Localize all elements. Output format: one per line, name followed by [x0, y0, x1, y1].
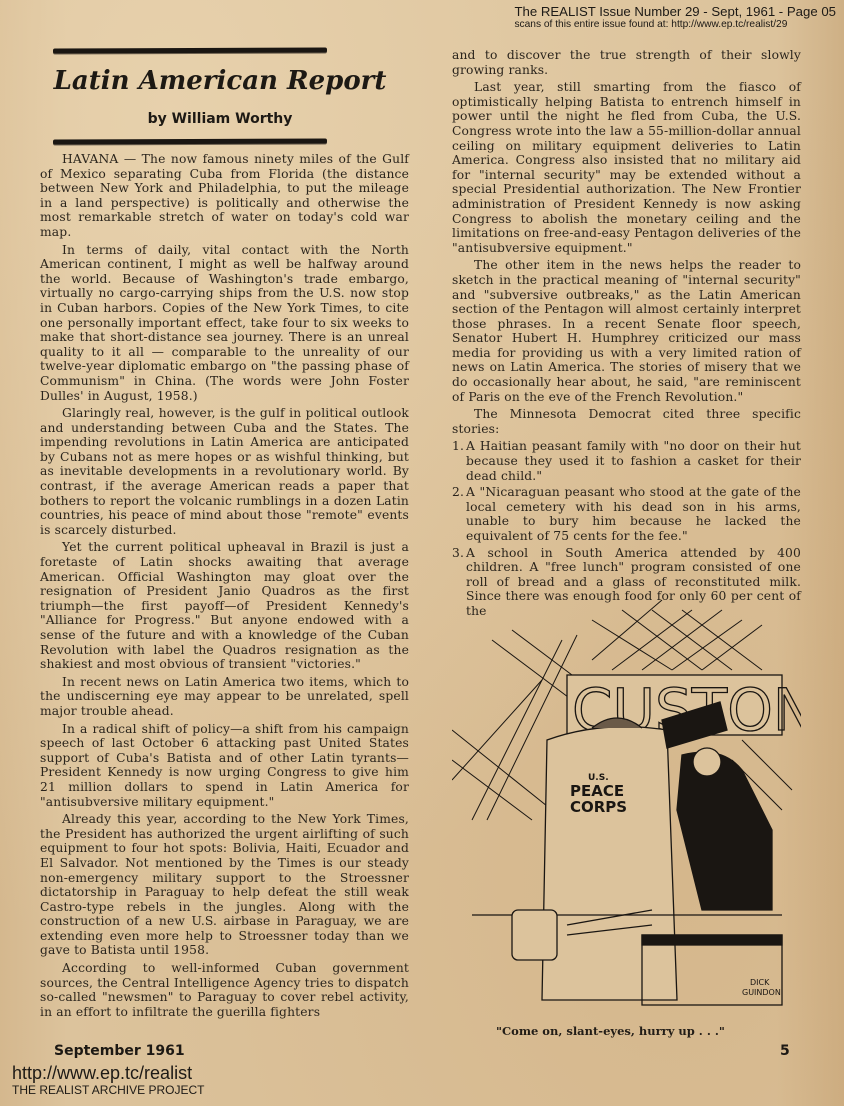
paragraph: HAVANA — The now famous ninety miles of …: [40, 152, 409, 240]
paragraph: The Minnesota Democrat cited three speci…: [452, 407, 801, 436]
paragraph: The other item in the news helps the rea…: [452, 258, 801, 404]
paragraph: Glaringly real, however, is the gulf in …: [40, 406, 409, 537]
cartoon-drawing: CUSTON U.S. PEACE CORPS DICK GUINDON: [452, 580, 801, 1020]
archive-footer-watermark: http://www.ep.tc/realist THE REALIST ARC…: [12, 1063, 205, 1097]
paragraph: Yet the current political upheaval in Br…: [40, 540, 409, 671]
archive-header-watermark: The REALIST Issue Number 29 - Sept, 1961…: [514, 4, 836, 31]
article-byline: by William Worthy: [40, 111, 400, 127]
article-column-left: HAVANA — The now famous ninety miles of …: [40, 152, 409, 1022]
cartoon-caption: "Come on, slant-eyes, hurry up . . .": [496, 1024, 796, 1038]
archive-project-name: THE REALIST ARCHIVE PROJECT: [12, 1083, 205, 1097]
archive-url[interactable]: http://www.ep.tc/realist: [12, 1063, 205, 1083]
paragraph: In recent news on Latin America two item…: [40, 675, 409, 719]
title-rule-top: [53, 48, 327, 54]
paragraph: Last year, still smarting from the fiasc…: [452, 80, 801, 255]
cartoon-illustration: CUSTON U.S. PEACE CORPS DICK GUINDON: [452, 580, 801, 1020]
article-column-right: and to discover the true strength of the…: [452, 48, 801, 621]
paragraph: Already this year, according to the New …: [40, 812, 409, 958]
paragraph-continuation: and to discover the true strength of the…: [452, 48, 801, 77]
issue-info: The REALIST Issue Number 29 - Sept, 1961…: [514, 4, 836, 19]
paragraph: In terms of daily, vital contact with th…: [40, 243, 409, 404]
story-item: 1.A Haitian peasant family with "no door…: [466, 439, 801, 483]
footer-date: September 1961: [54, 1043, 185, 1059]
paragraph: According to well-informed Cuban governm…: [40, 961, 409, 1019]
story-item: 2.A "Nicaraguan peasant who stood at the…: [466, 485, 801, 543]
artist-signature-last: GUINDON: [742, 988, 781, 997]
article-title: Latin American Report: [40, 66, 400, 96]
paragraph: In a radical shift of policy—a shift fro…: [40, 722, 409, 810]
page-number: 5: [780, 1043, 790, 1059]
jacket-text-corps: CORPS: [570, 798, 627, 816]
artist-signature-first: DICK: [750, 978, 770, 987]
title-rule-bottom: [53, 139, 327, 145]
archive-link[interactable]: scans of this entire issue found at: htt…: [514, 19, 836, 31]
